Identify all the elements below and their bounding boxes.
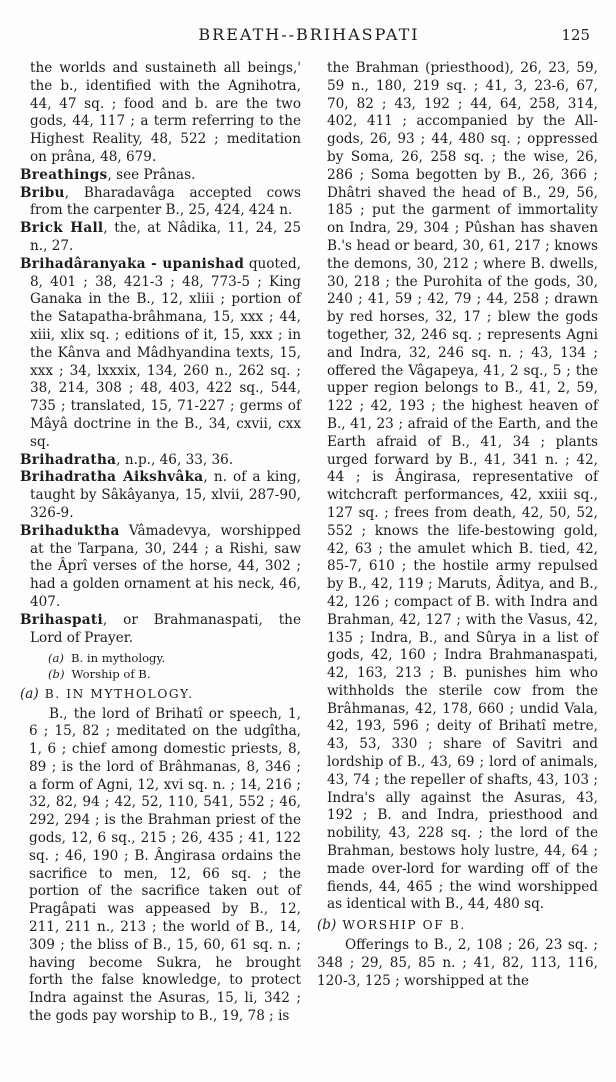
subentry-label: (b) — [48, 667, 64, 681]
running-head: BREATH--BRIHASPATI 125 — [20, 24, 598, 46]
section-label: (a) — [20, 686, 39, 702]
section-title: WORSHIP OF B. — [342, 918, 466, 932]
section-b-paragraph: Offerings to B., 2, 108 ; 26, 23 sq. ; 3… — [317, 937, 598, 990]
section-heading-b: (b)WORSHIP OF B. — [317, 917, 598, 935]
index-entry-breathings: Breathings, see Prânas. — [20, 167, 301, 185]
entry-headword: Brihadratha — [20, 452, 116, 468]
section-a-paragraph-continued: the Brahman (priesthood), 26, 23, 59, 59… — [317, 60, 598, 914]
book-page: BREATH--BRIHASPATI 125 the worlds and su… — [0, 0, 616, 1082]
index-entry-bribu: Bribu, Bharadavâga accepted cows from th… — [20, 185, 301, 221]
subentry-text: B. in mythology. — [71, 651, 165, 665]
index-entry-brihaduktha: Brihaduktha Vâmadevya, worshipped at the… — [20, 523, 301, 612]
entry-headword: Brihadratha Aikshvâka — [20, 469, 203, 485]
index-entry-brihadratha: Brihadratha, n.p., 46, 33, 36. — [20, 452, 301, 470]
subentry-item-b: (b)Worship of B. — [48, 667, 301, 682]
section-label: (b) — [317, 917, 336, 933]
index-columns: the worlds and sustaineth all beings,' t… — [20, 60, 598, 1026]
subentry-item-a: (a)B. in mythology. — [48, 651, 301, 666]
subentry-text: Worship of B. — [71, 667, 150, 681]
entry-headword: Breathings — [20, 167, 107, 183]
index-entry-brihadratha-aikshvaka: Brihadratha Aikshvâka, n. of a king, tau… — [20, 469, 301, 522]
index-entry-brihaspati: Brihaspati, or Brahmanaspati, the Lord o… — [20, 612, 301, 648]
subentry-list: (a)B. in mythology. (b)Worship of B. — [48, 651, 301, 681]
subentry-label: (a) — [48, 651, 64, 665]
page-number: 125 — [561, 24, 590, 46]
entry-headword: Brick Hall — [20, 220, 103, 236]
left-column: the worlds and sustaineth all beings,' t… — [20, 60, 301, 1026]
entry-body: quoted, 8, 401 ; 38, 421-3 ; 48, 773-5 ;… — [30, 256, 301, 450]
index-entry-brihadaranyaka-upanishad: Brihadâranyaka - upanishad quoted, 8, 40… — [20, 256, 301, 452]
entry-headword: Bribu — [20, 185, 65, 201]
continuation-paragraph-breath: the worlds and sustaineth all beings,' t… — [20, 60, 301, 167]
entry-headword: Brihaspati — [20, 612, 103, 628]
entry-body: , Bharadavâga accepted cows from the car… — [30, 185, 301, 219]
section-heading-a: (a)B. IN MYTHOLOGY. — [20, 686, 301, 704]
right-column: the Brahman (priesthood), 26, 23, 59, 59… — [317, 60, 598, 1026]
index-entry-brick-hall: Brick Hall, the, at Nâdika, 11, 24, 25 n… — [20, 220, 301, 256]
running-head-title: BREATH--BRIHASPATI — [20, 24, 598, 46]
entry-headword: Brihaduktha — [20, 523, 120, 539]
entry-body: , see Prânas. — [107, 167, 195, 183]
section-a-paragraph: B., the lord of Brihatî or speech, 1, 6 … — [20, 706, 301, 1026]
entry-headword: Brihadâranyaka - upanishad — [20, 256, 244, 272]
entry-body: , n.p., 46, 33, 36. — [116, 452, 233, 468]
section-title: B. IN MYTHOLOGY. — [45, 687, 194, 701]
